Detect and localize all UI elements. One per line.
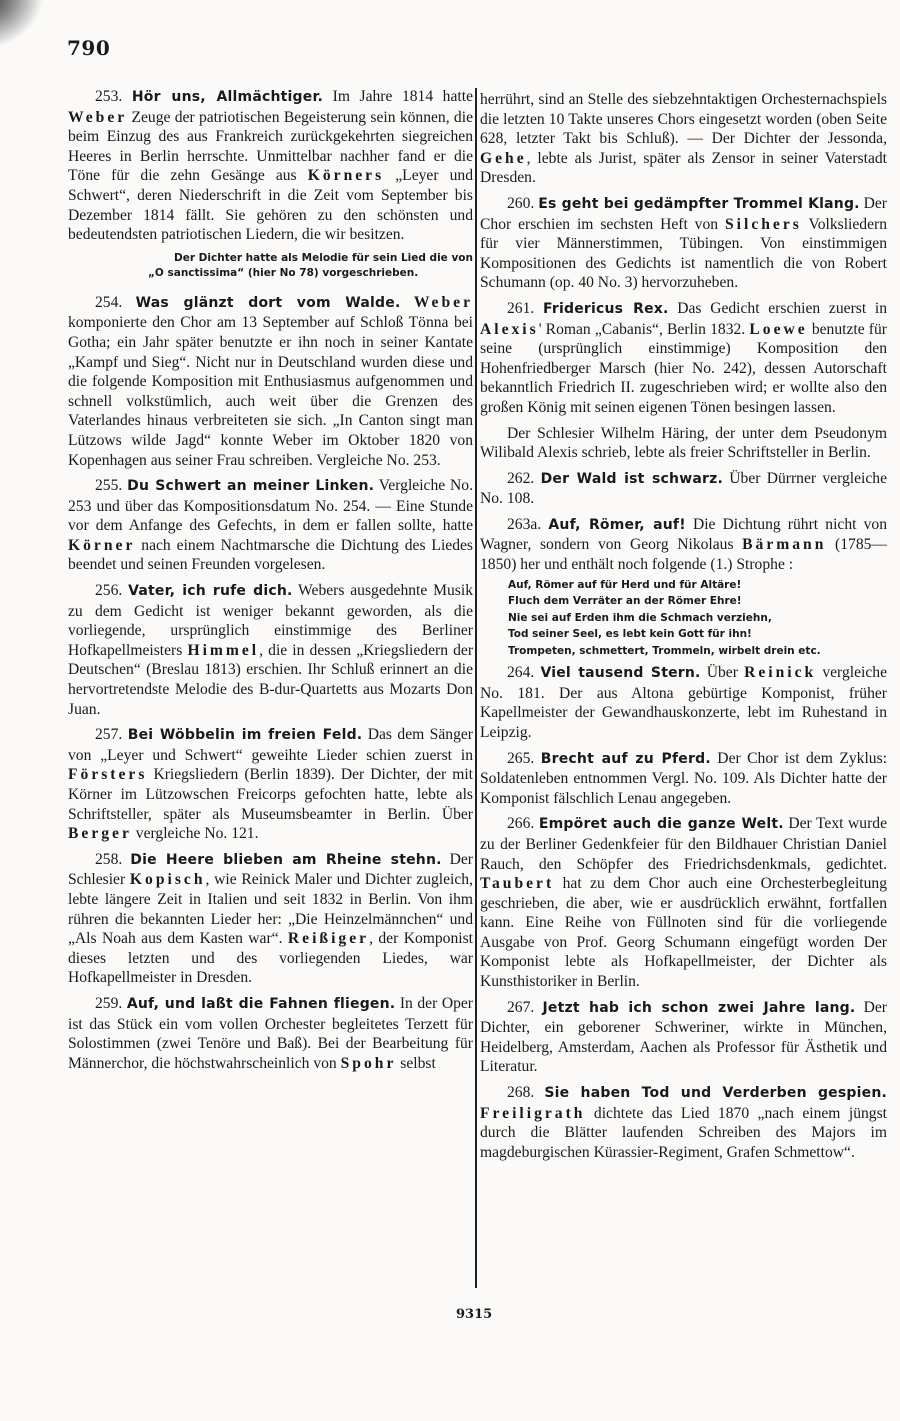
entry-number: 259. xyxy=(95,995,122,1012)
entry-title: Hör uns, Allmächtiger. xyxy=(132,89,323,105)
entry-262: 262. Der Wald ist schwarz. Über Dürrner … xyxy=(480,469,887,509)
entry-title: Die Heere blieben am Rheine stehn. xyxy=(130,852,441,868)
footnote-text: Der Dichter hatte als Melodie für sein L… xyxy=(148,251,473,281)
verse-263a: Auf, Römer auf für Herd und für Altäre! … xyxy=(508,577,887,660)
entry-265: 265. Brecht auf zu Pferd. Der Chor ist d… xyxy=(480,749,887,809)
person-name: Körner xyxy=(68,537,135,554)
entry-258: 258. Die Heere blieben am Rheine stehn. … xyxy=(68,850,473,988)
entry-text: Das Gedicht erschien zuerst in xyxy=(669,300,887,317)
entry-266: 266. Empöret auch die ganze Welt. Der Te… xyxy=(480,814,887,991)
footnote-253: Der Dichter hatte als Melodie für sein L… xyxy=(148,251,473,281)
entry-text: , lebte als Jurist, später als Zensor in… xyxy=(480,150,887,187)
entry-259: 259. Auf, und laßt die Fahnen fliegen. I… xyxy=(68,994,473,1073)
entry-title: Viel tausend Stern. xyxy=(540,665,700,681)
entry-254: 254. Was glänzt dort vom Walde. Weber ko… xyxy=(68,293,473,470)
verse-line: Nie sei auf Erden ihm die Schmach verzie… xyxy=(508,610,887,627)
entry-title: Du Schwert an meiner Linken. xyxy=(127,478,374,494)
entry-text: Der Schlesier Wilhelm Häring, der unter … xyxy=(480,425,887,462)
entry-title: Empöret auch die ganze Welt. xyxy=(539,816,784,832)
entry-title: Auf, Römer, auf! xyxy=(548,517,685,533)
person-name: Kopisch xyxy=(130,871,206,888)
page-number: 790 xyxy=(67,36,110,60)
entry-title: Brecht auf zu Pferd. xyxy=(541,751,711,767)
verse-line: Tod seiner Seel, es lebt kein Gott für i… xyxy=(508,626,887,643)
entry-title: Der Wald ist schwarz. xyxy=(541,471,723,487)
person-name: Taubert xyxy=(480,875,554,892)
person-name: Loewe xyxy=(749,321,807,338)
person-name: Silchers xyxy=(725,216,802,233)
entry-number: 263a. xyxy=(507,516,541,533)
entry-260: 260. Es geht bei gedämpfter Trommel Klan… xyxy=(480,194,887,293)
person-name: Alexis xyxy=(480,321,539,338)
entry-text: herrührt, sind an Stelle des siebzehntak… xyxy=(480,91,887,147)
entry-263a: 263a. Auf, Römer, auf! Die Dichtung rühr… xyxy=(480,515,887,575)
entry-number: 254. xyxy=(95,294,122,311)
entry-261: 261. Fridericus Rex. Das Gedicht erschie… xyxy=(480,299,887,418)
entry-text: vergleiche No. 121. xyxy=(132,825,259,842)
left-column: 253. Hör uns, Allmächtiger. Im Jahre 181… xyxy=(68,87,473,1079)
entry-number: 256. xyxy=(95,582,122,599)
entry-number: 267. xyxy=(507,999,534,1016)
entry-title: Bei Wöbbelin im freien Feld. xyxy=(128,727,363,743)
verse-line: Auf, Römer auf für Herd und für Altäre! xyxy=(508,577,887,594)
entry-number: 261. xyxy=(507,300,534,317)
entry-number: 265. xyxy=(507,750,534,767)
entry-title: Sie haben Tod und Verderben gespien. xyxy=(544,1085,887,1101)
person-name: Bärmann xyxy=(742,536,826,553)
entry-256: 256. Vater, ich rufe dich. Webers ausged… xyxy=(68,581,473,719)
plate-number: 9315 xyxy=(456,1307,492,1322)
entry-264: 264. Viel tausend Stern. Über Reinick ve… xyxy=(480,663,887,742)
entry-number: 255. xyxy=(95,477,122,494)
person-name: Berger xyxy=(68,825,132,842)
entry-257: 257. Bei Wöbbelin im freien Feld. Das de… xyxy=(68,725,473,844)
entry-number: 264. xyxy=(507,664,534,681)
entry-title: Fridericus Rex. xyxy=(543,301,669,317)
person-name: Körners xyxy=(308,167,384,184)
person-name: Gehe xyxy=(480,150,527,167)
entry-text: selbst xyxy=(396,1055,435,1072)
entry-text: Im Jahre 1814 hatte xyxy=(323,88,473,105)
person-name: Himmel xyxy=(187,642,259,659)
entry-title: Es geht bei gedämpfter Trommel Klang. xyxy=(538,196,859,212)
person-name: Weber xyxy=(68,109,127,126)
entry-number: 253. xyxy=(95,88,122,105)
entry-number: 258. xyxy=(95,851,122,868)
entry-255: 255. Du Schwert an meiner Linken. Vergle… xyxy=(68,476,473,575)
entry-text: Über xyxy=(701,664,744,681)
entry-text: komponierte den Chor am 13 September auf… xyxy=(68,314,473,468)
entry-number: 257. xyxy=(95,726,122,743)
entry-268: 268. Sie haben Tod und Verderben gespien… xyxy=(480,1083,887,1162)
entry-259-continued: herrührt, sind an Stelle des siebzehntak… xyxy=(480,90,887,188)
entry-title: Was glänzt dort vom Walde. xyxy=(136,295,401,311)
entry-267: 267. Jetzt hab ich schon zwei Jahre lang… xyxy=(480,998,887,1077)
verse-line: Trompeten, schmettert, Trommeln, wirbelt… xyxy=(508,643,887,660)
person-name: Spohr xyxy=(341,1055,397,1072)
person-name: Weber xyxy=(414,294,473,311)
entry-number: 262. xyxy=(507,470,534,487)
scan-corner-shadow xyxy=(0,0,58,50)
person-name: Freiligrath xyxy=(480,1105,585,1122)
person-name: Försters xyxy=(68,766,147,783)
entry-number: 268. xyxy=(507,1084,534,1101)
entry-text: hat zu dem Chor auch eine Orchesterbegle… xyxy=(480,875,887,990)
entry-title: Jetzt hab ich schon zwei Jahre lang. xyxy=(542,1000,855,1016)
entry-number: 266. xyxy=(507,815,534,832)
entry-261-paragraph-2: Der Schlesier Wilhelm Häring, der unter … xyxy=(480,424,887,463)
person-name: Reißiger xyxy=(288,930,369,947)
verse-line: Fluch dem Verräter an der Römer Ehre! xyxy=(508,593,887,610)
entry-253: 253. Hör uns, Allmächtiger. Im Jahre 181… xyxy=(68,87,473,245)
person-name: Reinick xyxy=(744,664,816,681)
entry-text: ' Roman „Cabanis“, Berlin 1832. xyxy=(539,321,750,338)
entry-number: 260. xyxy=(507,195,534,212)
right-column: herrührt, sind an Stelle des siebzehntak… xyxy=(480,90,887,1168)
entry-title: Vater, ich rufe dich. xyxy=(128,583,292,599)
column-divider xyxy=(475,88,477,1288)
entry-title: Auf, und laßt die Fahnen fliegen. xyxy=(127,996,395,1012)
